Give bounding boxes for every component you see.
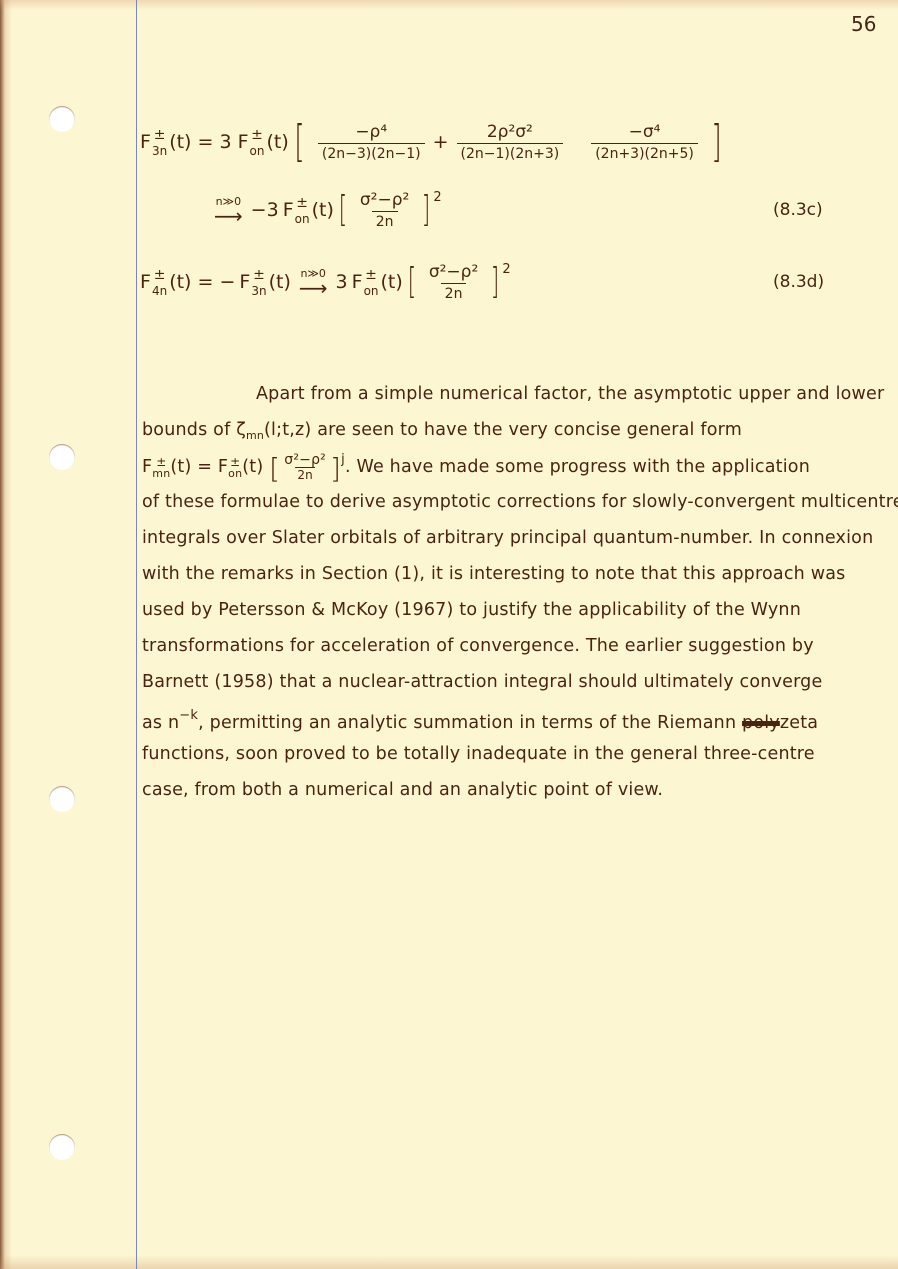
right-bracket: ] <box>491 264 499 300</box>
margin-line <box>136 0 137 1269</box>
numerator: −ρ⁴ <box>349 122 393 143</box>
plus-sign: + <box>433 131 449 153</box>
fraction: σ²−ρ² 2n <box>423 262 484 302</box>
left-bracket: [ <box>269 452 280 485</box>
equation-8-3d: F ± 4n (t) = − F ± 3n (t) n≫0 ⟶ 3 F ± on… <box>140 262 511 302</box>
denominator: (2n−1)(2n+3) <box>457 143 564 162</box>
equation-8-3c-line1: F ± 3n (t) = 3 F ± on (t) [ −ρ⁴ (2n−3)(2… <box>140 120 727 164</box>
punch-hole <box>49 1134 75 1160</box>
superscript: ± <box>156 456 166 468</box>
superscript: ± <box>365 268 377 282</box>
argument: (t) = 3 <box>169 131 231 153</box>
subscript: 3n <box>152 145 167 157</box>
subscript: on <box>250 145 265 157</box>
denominator: 2n <box>441 283 467 302</box>
fraction-term-1: −ρ⁴ (2n−3)(2n−1) <box>318 122 425 162</box>
symbol-F: F <box>283 199 294 221</box>
text: . We have made some progress with the ap… <box>345 457 810 477</box>
paragraph-line: with the remarks in Section (1), it is i… <box>142 564 892 584</box>
punch-hole <box>49 106 75 132</box>
text: zeta <box>780 713 818 733</box>
denominator: 2n <box>295 467 315 481</box>
paragraph-line: transformations for acceleration of conv… <box>142 636 892 656</box>
symbol-F: F <box>239 271 250 293</box>
symbol-F: F <box>352 271 363 293</box>
numerator: σ²−ρ² <box>282 453 328 467</box>
limit-arrow: n≫0 ⟶ <box>214 196 243 225</box>
numerator: 2ρ²σ² <box>481 122 539 143</box>
sub-sup: ± on <box>364 268 379 297</box>
paragraph-line: case, from both a numerical and an analy… <box>142 780 892 800</box>
numerator: −σ⁴ <box>623 122 667 143</box>
superscript: ± <box>154 128 166 142</box>
subscript: on <box>295 213 310 225</box>
ruled-lines <box>0 0 898 1269</box>
exponent: 2 <box>502 262 510 277</box>
exponent: 2 <box>433 190 441 205</box>
symbol-F: F <box>238 131 249 153</box>
paragraph-line: integrals over Slater orbitals of arbitr… <box>142 528 892 548</box>
page-number: 56 <box>851 12 876 36</box>
fraction: σ²−ρ² 2n <box>354 190 415 230</box>
text: as n <box>142 713 179 733</box>
text: (l;t,z) are seen to have the very concis… <box>264 420 742 440</box>
sub-sup: ± on <box>295 196 310 225</box>
superscript: ± <box>296 196 308 210</box>
limit-arrow: n≫0 ⟶ <box>299 268 328 297</box>
fraction-term-2: 2ρ²σ² (2n−1)(2n+3) <box>457 122 564 162</box>
arrow-icon: ⟶ <box>214 207 243 225</box>
sub-sup: ±on <box>228 456 242 479</box>
sub-sup: ± 4n <box>152 268 167 297</box>
left-bracket: [ <box>294 120 304 164</box>
right-bracket: ] <box>330 452 341 485</box>
equation-label-8-3c: (8.3c) <box>773 200 823 220</box>
denominator: (2n−3)(2n−1) <box>318 143 425 162</box>
denominator: 2n <box>372 211 398 230</box>
punch-hole <box>49 786 75 812</box>
fraction: σ²−ρ²2n <box>282 453 328 481</box>
notebook-page: 56 F ± 3n (t) = 3 F ± on (t) [ −ρ⁴ (2n−3… <box>0 0 898 1269</box>
subscript: mn <box>152 468 170 479</box>
fraction-term-3: −σ⁴ (2n+3)(2n+5) <box>591 122 698 162</box>
numerator: σ²−ρ² <box>354 190 415 211</box>
right-bracket: ] <box>422 192 430 228</box>
argument: (t) <box>269 271 291 293</box>
equation-label-8-3d: (8.3d) <box>773 272 824 292</box>
superscript: ± <box>251 128 263 142</box>
superscript: ± <box>253 268 265 282</box>
sub-sup: ±mn <box>152 456 170 479</box>
text: bounds of ζ <box>142 420 246 440</box>
text: (t) = F <box>170 457 228 477</box>
text: , permitting an analytic summation in te… <box>198 713 736 733</box>
argument: (t) <box>312 199 334 221</box>
symbol-F: F <box>140 131 151 153</box>
exponent: −k <box>179 708 198 723</box>
symbol-F: F <box>142 457 152 477</box>
subscript: 4n <box>152 285 167 297</box>
symbol-F: F <box>140 271 151 293</box>
right-bracket: ] <box>711 120 721 164</box>
arrow-icon: ⟶ <box>299 279 328 297</box>
sub-sup: ± on <box>250 128 265 157</box>
sub-sup: ± 3n <box>251 268 266 297</box>
paragraph-line: of these formulae to derive asymptotic c… <box>142 492 892 512</box>
subscript: on <box>364 285 379 297</box>
paragraph-line: used by Petersson & McKoy (1967) to just… <box>142 600 892 620</box>
subscript: 3n <box>251 285 266 297</box>
argument: (t) <box>381 271 403 293</box>
superscript: ± <box>154 268 166 282</box>
struck-out-word: poly <box>742 713 780 733</box>
superscript: ± <box>230 456 240 468</box>
left-bracket: [ <box>408 264 416 300</box>
sub-sup: ± 3n <box>152 128 167 157</box>
coefficient: −3 <box>251 199 279 221</box>
denominator: (2n+3)(2n+5) <box>591 143 698 162</box>
subscript: mn <box>246 429 264 442</box>
left-bracket: [ <box>339 192 347 228</box>
equation-8-3c-line2: n≫0 ⟶ −3 F ± on (t) [ σ²−ρ² 2n ] 2 <box>206 190 442 230</box>
argument: (t) <box>266 131 288 153</box>
coefficient: 3 <box>336 271 348 293</box>
subscript: on <box>228 468 242 479</box>
argument: (t) <box>242 457 263 477</box>
argument: (t) = − <box>169 271 235 293</box>
paragraph-line: as n−k, permitting an analytic summation… <box>142 708 892 733</box>
paragraph-line: functions, soon proved to be totally ina… <box>142 744 892 764</box>
paragraph-line: Apart from a simple numerical factor, th… <box>256 384 898 404</box>
paragraph-line: bounds of ζmn(l;t,z) are seen to have th… <box>142 420 892 442</box>
numerator: σ²−ρ² <box>423 262 484 283</box>
punch-hole <box>49 444 75 470</box>
paragraph-line: F±mn(t) = F±on(t) [σ²−ρ²2n]j. We have ma… <box>142 452 892 483</box>
paragraph-line: Barnett (1958) that a nuclear-attraction… <box>142 672 892 692</box>
